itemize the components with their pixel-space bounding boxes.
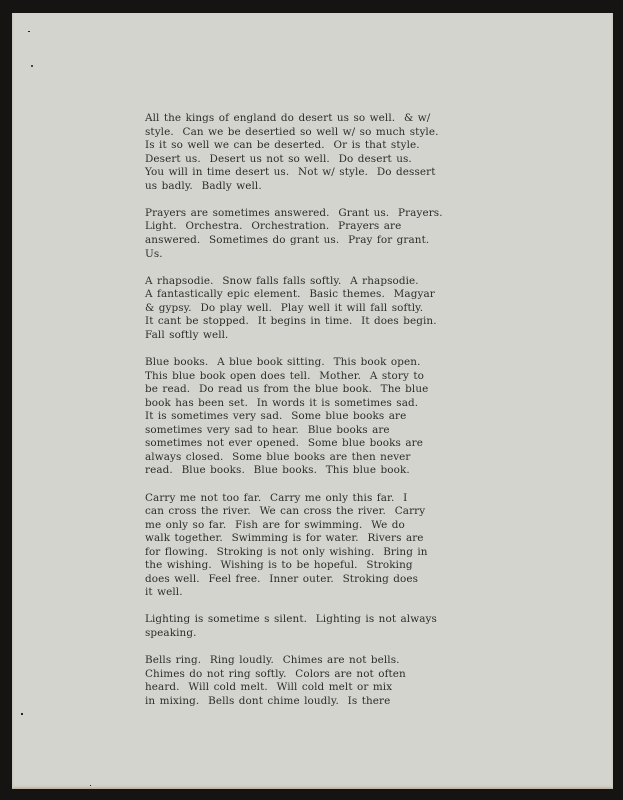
stanza-lighting: Lighting is sometime s silent. Lighting … bbox=[145, 613, 505, 640]
text-line: walk together. Swimming is for water. Ri… bbox=[145, 532, 505, 546]
stanza-carry-me: Carry me not too far. Carry me only this… bbox=[145, 492, 505, 600]
text-line: heard. Will cold melt. Will cold melt or… bbox=[145, 681, 505, 695]
text-line: Chimes do not ring softly. Colors are no… bbox=[145, 668, 505, 682]
text-line: A rhapsodie. Snow falls falls softly. A … bbox=[145, 275, 505, 289]
text-line: speaking. bbox=[145, 627, 505, 641]
text-line: it well. bbox=[145, 586, 505, 600]
text-line: Is it so well we can be deserted. Or is … bbox=[145, 139, 505, 153]
text-line: Blue books. A blue book sitting. This bo… bbox=[145, 356, 505, 370]
text-line: does well. Feel free. Inner outer. Strok… bbox=[145, 573, 505, 587]
text-line: sometimes very sad to hear. Blue books a… bbox=[145, 424, 505, 438]
text-line: All the kings of england do desert us so… bbox=[145, 112, 505, 126]
stanza-prayers: Prayers are sometimes answered. Grant us… bbox=[145, 207, 505, 261]
stanza-rhapsodie: A rhapsodie. Snow falls falls softly. A … bbox=[145, 275, 505, 343]
stanza-blue-books: Blue books. A blue book sitting. This bo… bbox=[145, 356, 505, 478]
text-line: Desert us. Desert us not so well. Do des… bbox=[145, 153, 505, 167]
text-line: & gypsy. Do play well. Play well it will… bbox=[145, 302, 505, 316]
text-line: Bells ring. Ring loudly. Chimes are not … bbox=[145, 654, 505, 668]
margin-mark bbox=[31, 65, 33, 67]
text-line: style. Can we be desertied so well w/ so… bbox=[145, 126, 505, 140]
poem-body: All the kings of england do desert us so… bbox=[145, 112, 505, 722]
text-line: Us. bbox=[145, 248, 505, 262]
text-line: always closed. Some blue books are then … bbox=[145, 451, 505, 465]
text-line: answered. Sometimes do grant us. Pray fo… bbox=[145, 234, 505, 248]
text-line: sometimes not ever opened. Some blue boo… bbox=[145, 437, 505, 451]
typescript-page: All the kings of england do desert us so… bbox=[12, 13, 613, 789]
text-line: Light. Orchestra. Orchestration. Prayers… bbox=[145, 220, 505, 234]
text-line: in mixing. Bells dont chime loudly. Is t… bbox=[145, 695, 505, 709]
text-line: the wishing. Wishing is to be hopeful. S… bbox=[145, 559, 505, 573]
text-line: read. Blue books. Blue books. This blue … bbox=[145, 464, 505, 478]
text-line: This blue book open does tell. Mother. A… bbox=[145, 370, 505, 384]
text-line: Carry me not too far. Carry me only this… bbox=[145, 492, 505, 506]
text-line: can cross the river. We can cross the ri… bbox=[145, 505, 505, 519]
text-line: It cant be stopped. It begins in time. I… bbox=[145, 315, 505, 329]
text-line: for flowing. Stroking is not only wishin… bbox=[145, 546, 505, 560]
margin-mark bbox=[28, 31, 30, 32]
margin-mark bbox=[90, 785, 91, 786]
text-line: Lighting is sometime s silent. Lighting … bbox=[145, 613, 505, 627]
margin-mark bbox=[21, 713, 23, 715]
text-line: me only so far. Fish are for swimming. W… bbox=[145, 519, 505, 533]
text-line: be read. Do read us from the blue book. … bbox=[145, 383, 505, 397]
text-line: book has been set. In words it is someti… bbox=[145, 397, 505, 411]
text-line: Fall softly well. bbox=[145, 329, 505, 343]
text-line: Prayers are sometimes answered. Grant us… bbox=[145, 207, 505, 221]
stanza-kings-of-england: All the kings of england do desert us so… bbox=[145, 112, 505, 193]
stanza-bells: Bells ring. Ring loudly. Chimes are not … bbox=[145, 654, 505, 708]
text-line: us badly. Badly well. bbox=[145, 180, 505, 194]
text-line: A fantastically epic element. Basic them… bbox=[145, 288, 505, 302]
text-line: You will in time desert us. Not w/ style… bbox=[145, 166, 505, 180]
text-line: It is sometimes very sad. Some blue book… bbox=[145, 410, 505, 424]
